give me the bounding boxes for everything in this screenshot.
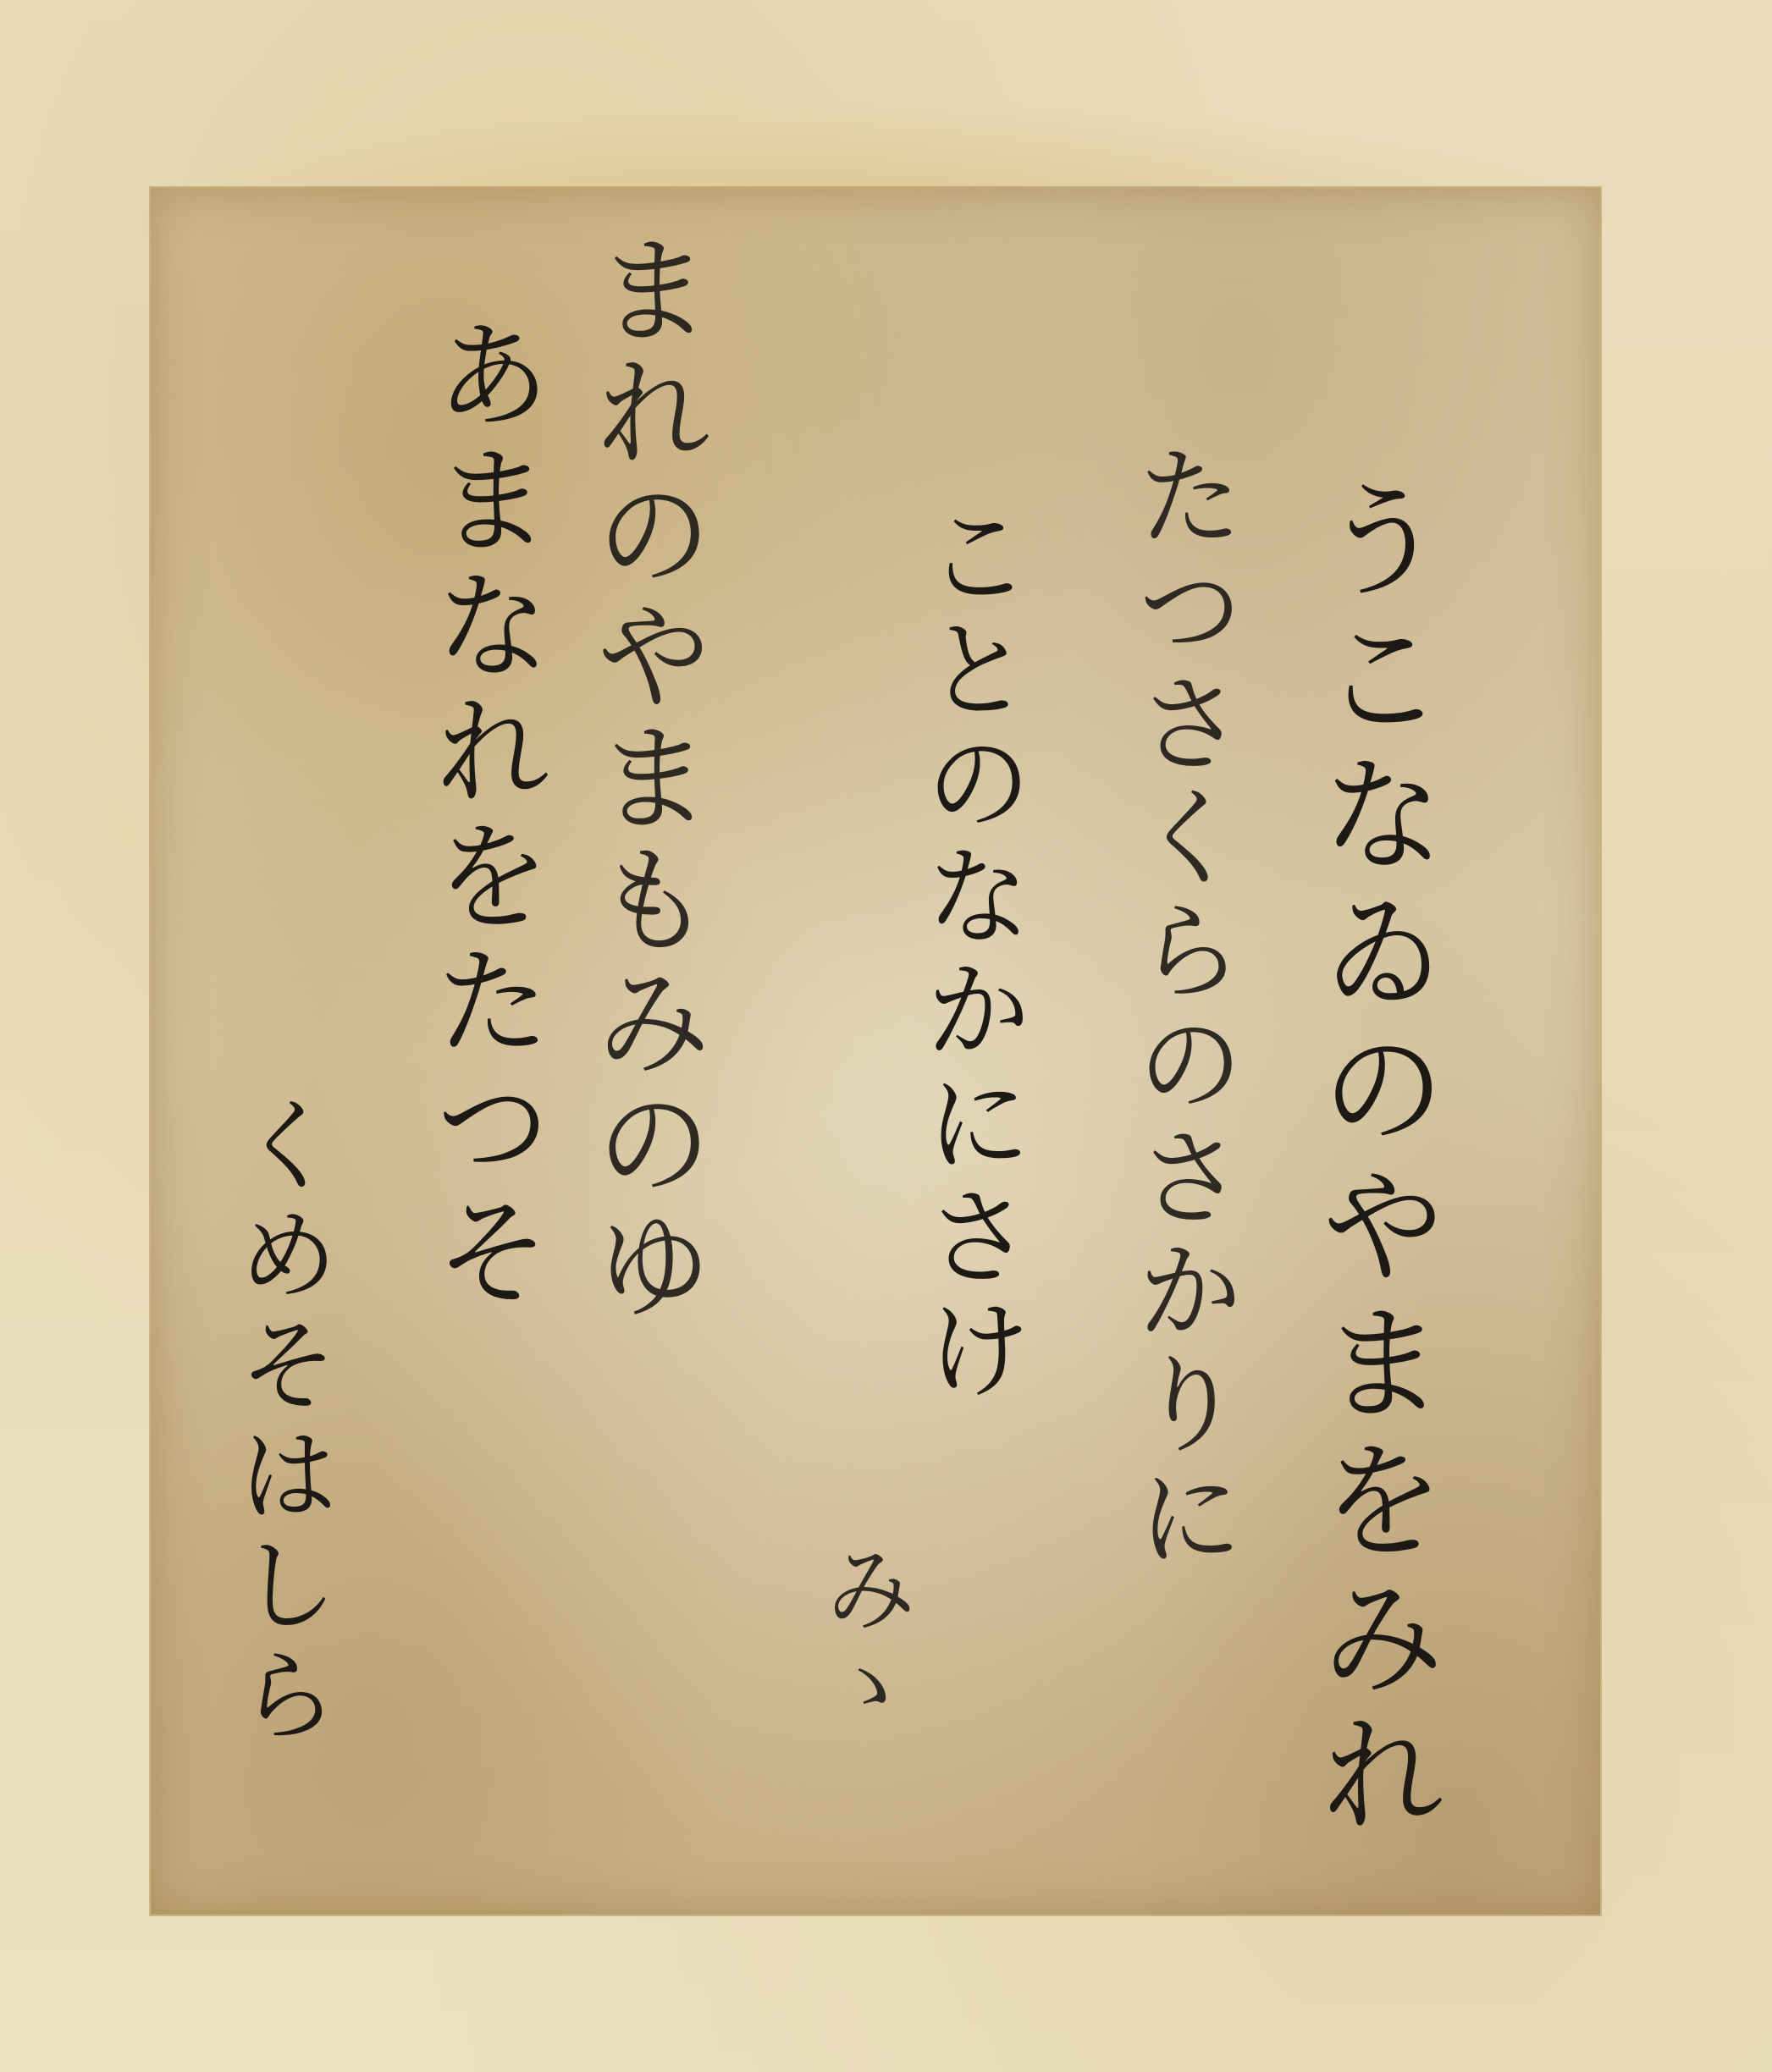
poem-column-3: ことのなかにさけ bbox=[914, 499, 1023, 1407]
poem-column-1: うこなゐのやまをみれ bbox=[1308, 474, 1435, 1845]
poem-column-6: くめそはしら bbox=[229, 1092, 330, 1752]
poem-column-2: たつさくらのさかりに bbox=[1126, 440, 1234, 1574]
poem-column-3-tail: みゝ bbox=[817, 1540, 910, 1733]
poem-column-5: あまなれをたつそ bbox=[423, 313, 542, 1315]
poem-column-4: まれのやまもみのゆ bbox=[584, 229, 703, 1325]
